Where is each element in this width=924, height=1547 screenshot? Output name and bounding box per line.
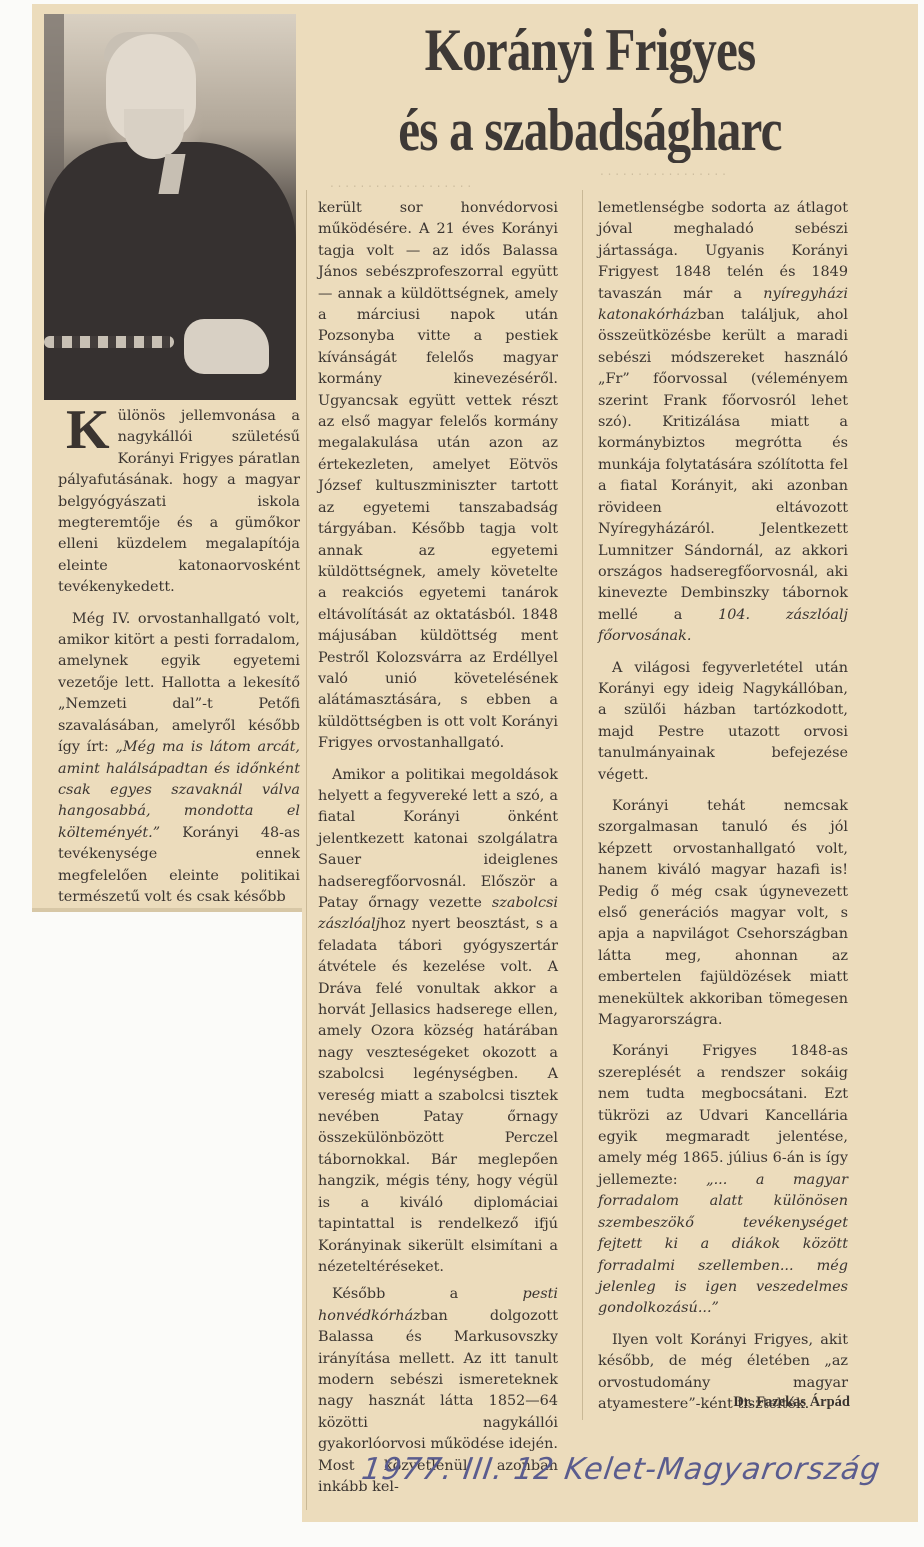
- article-headline: Korányi Frigyes és a szabadságharc: [360, 10, 819, 170]
- paragraph: került sor honvédorvosi működésére. A 21…: [318, 198, 558, 755]
- paragraph: Különös jellemvonása a nagykállói szület…: [58, 406, 300, 599]
- paragraph: Korányi Frigyes 1848-as szereplését a re…: [598, 1041, 848, 1319]
- paragraph: Amikor a politikai megoldások helyett a …: [318, 765, 558, 1279]
- column-divider: [306, 190, 307, 1510]
- article-column-right: lemetlenségbe sodorta az átlagot jóval m…: [598, 198, 848, 1415]
- headline-line-1: Korányi Frigyes: [360, 10, 819, 90]
- portrait-photo: [44, 14, 296, 400]
- article-column-middle: került sor honvédorvosi működésére. A 21…: [318, 198, 558, 1498]
- bleed-through-text: . . . . . . . . . . . . . . . . . . .: [330, 176, 471, 190]
- column-divider: [582, 190, 583, 1420]
- author-byline: Dr. Fazekas Árpád: [600, 1394, 850, 1411]
- dropcap: K: [66, 408, 110, 452]
- clipping-cut-edge: [32, 908, 302, 912]
- article-column-left: Különös jellemvonása a nagykállói szület…: [58, 406, 300, 908]
- headline-line-2: és a szabadságharc: [360, 90, 819, 170]
- handwritten-source-note: 1977. III. 12 Kelet-Magyarország: [360, 1452, 883, 1487]
- paragraph: Korányi tehát nemcsak szorgalmasan tanul…: [598, 796, 848, 1031]
- paragraph: lemetlenségbe sodorta az átlagot jóval m…: [598, 198, 848, 648]
- paragraph: A világosi fegyverletétel után Korányi e…: [598, 658, 848, 786]
- paragraph: Még IV. orvostanhallgató volt, amikor ki…: [58, 609, 300, 909]
